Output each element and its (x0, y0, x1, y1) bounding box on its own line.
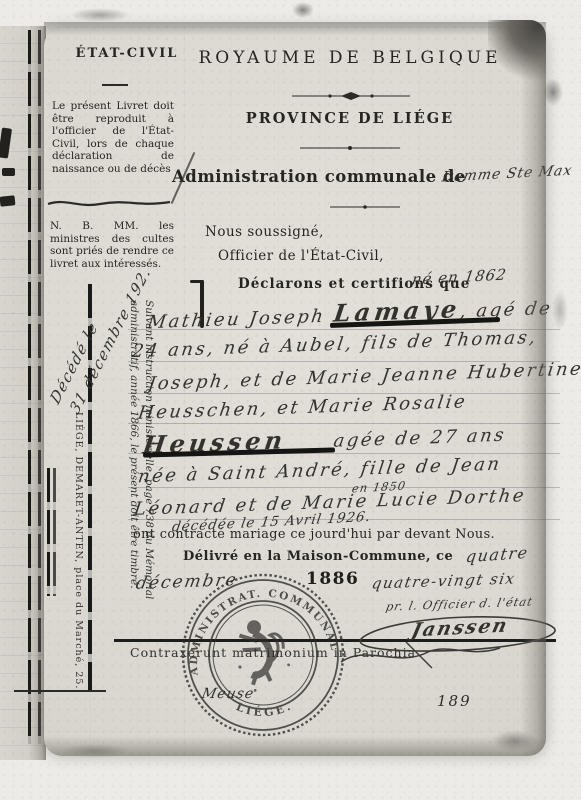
short-rule (47, 468, 50, 596)
page-edge-line (28, 30, 31, 744)
page-number: 189 (437, 692, 472, 710)
lion-rampant-icon (229, 615, 294, 694)
ink-mark (0, 195, 15, 207)
ruled-line (128, 393, 560, 394)
smudge (292, 2, 314, 18)
ornament-divider-icon (292, 90, 410, 102)
administration-label: Administration communale de (172, 167, 466, 186)
ornament-divider-icon (300, 144, 400, 152)
page-edge-line (38, 30, 41, 744)
reproduce-note: Le présent Livret doit être reproduit à … (52, 100, 174, 175)
stamp-handwritten-word: Meuse (200, 686, 256, 702)
smudge (552, 290, 568, 330)
etat-civil-heading: ÉTAT-CIVIL (64, 46, 190, 61)
dash-divider (102, 84, 128, 86)
contract-closing-line: ont contracté mariage ce jourd'hui par d… (133, 527, 495, 542)
ink-mark (2, 168, 15, 176)
kingdom-title: ROYAUME DE BELGIQUE (180, 48, 520, 68)
printer-credit-vertical: LIÉGE, DEMARET-ANTEN, place du Marché, 2… (58, 412, 84, 748)
ornament-divider-icon (330, 203, 400, 211)
province-title: PROVINCE DE LIÉGE (235, 110, 465, 127)
short-rule (53, 468, 56, 596)
ink-bracket (190, 280, 204, 283)
we-undersigned-line: Nous soussigné, (205, 224, 324, 240)
squiggle-divider-icon (46, 196, 172, 210)
scanned-civil-registry-page: ÉTAT-CIVIL Le présent Livret doit être r… (0, 0, 581, 800)
signature-flourish-icon (336, 640, 506, 670)
smudge (543, 78, 563, 106)
nb-note: N. B. MM. les ministres des cultes sont … (50, 220, 174, 270)
communal-seal-stamp: ADMINISTRAT. COMMUNALE DE LIÉGE. (162, 554, 364, 756)
officer-line: Officier de l'État-Civil, (218, 248, 384, 264)
smudge (70, 8, 130, 22)
